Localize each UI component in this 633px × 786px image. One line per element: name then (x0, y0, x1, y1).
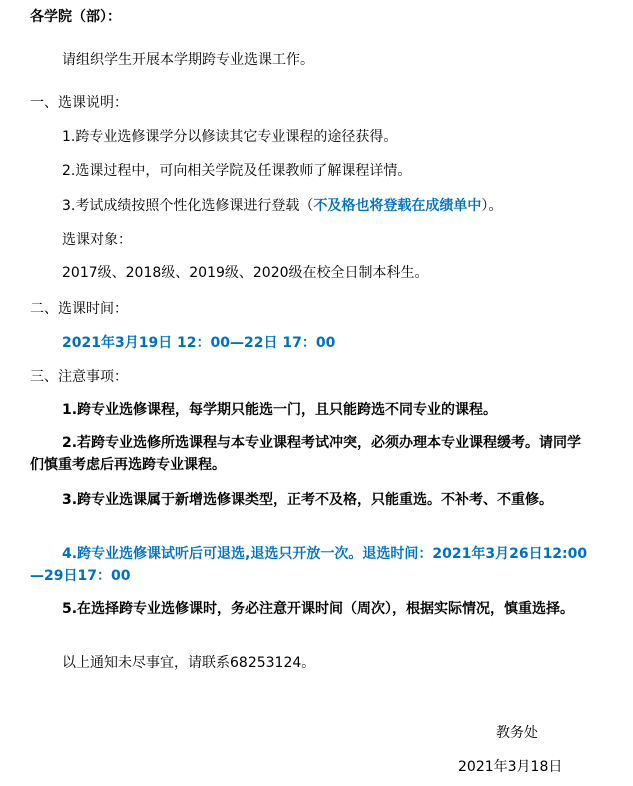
notes-item-2: 2.若跨专业选修所选课程与本专业课程考试冲突，必须办理本专业课程缓考。请同学们慎… (30, 432, 590, 476)
item3-prefix: 3.考试成绩按照个性化选修课进行登载（ (62, 198, 313, 214)
intro-text: 请组织学生开展本学期跨专业选课工作。 (62, 50, 314, 70)
notes-item-3: 3.跨专业选课属于新增选修课类型，正考不及格，只能重选。不补考、不重修。 (30, 489, 590, 511)
salutation: 各学院（部）： (30, 7, 121, 27)
section1-item-2: 2.选课过程中，可向相关学院及任课教师了解课程详情。 (62, 161, 411, 181)
section3-heading: 三、注意事项： (30, 367, 128, 387)
notes-item-4: 4.跨专业选修课试听后可退选,退选只开放一次。退选时间：2021年3月26日12… (30, 543, 590, 587)
section1-item-3: 3.考试成绩按照个性化选修课进行登载（不及格也将登载在成绩单中）。 (62, 196, 502, 216)
item3-suffix: ）。 (481, 198, 502, 214)
issue-date: 2021年3月18日 (458, 757, 562, 777)
notes-item-5: 5.在选择跨专业选修课时，务必注意开课时间（周次），根据实际情况，慎重选择。 (30, 598, 590, 620)
section2-heading: 二、选课时间： (30, 299, 128, 319)
contact-text: 以上通知未尽事宜，请联系68253124。 (62, 653, 315, 673)
selection-time: 2021年3月19日 12：00—22日 17：00 (62, 333, 335, 353)
target-value: 2017级、2018级、2019级、2020级在校全日制本科生。 (62, 263, 429, 283)
notes-item-1: 1.跨专业选修课程，每学期只能选一门，且只能跨选不同专业的课程。 (30, 399, 590, 421)
section1-item-1: 1.跨专业选修课学分以修读其它专业课程的途径获得。 (62, 127, 397, 147)
section1-heading: 一、选课说明： (30, 93, 128, 113)
signature: 教务处 (496, 723, 538, 743)
target-label: 选课对象： (62, 230, 132, 250)
item3-highlight: 不及格也将登载在成绩单中 (313, 198, 481, 214)
